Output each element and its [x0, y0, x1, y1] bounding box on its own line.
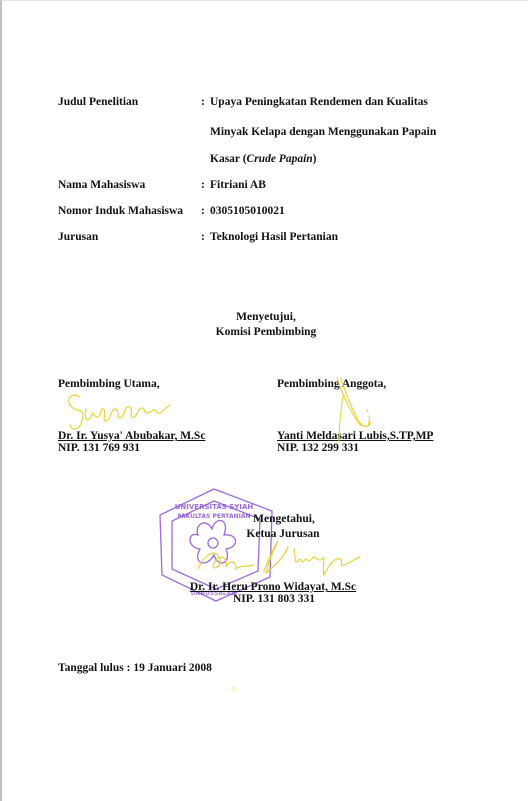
document-page: Judul Penelitian : Upaya Peningkatan Ren… [0, 0, 528, 801]
signature-member-supervisor [327, 376, 377, 444]
head-role-1: Mengetahui, [2, 513, 528, 528]
field-judul-penelitian: Judul Penelitian : Upaya Peningkatan Ren… [58, 96, 518, 112]
graduation-value: 19 Januari 2008 [133, 662, 212, 674]
graduation-separator: : [124, 662, 134, 674]
field-colon: : [201, 231, 205, 243]
signature-head-of-department [194, 539, 364, 577]
field-value: Fitriani AB [210, 179, 266, 191]
approval-line-2: Komisi Pembimbing [2, 325, 528, 340]
graduation-date: Tanggal lulus : 19 Januari 2008 [58, 662, 212, 674]
title-prefix: Kasar ( [210, 153, 247, 165]
field-value-line-3: Kasar (Crude Papain) [210, 153, 317, 165]
title-italic: Crude Papain [247, 153, 313, 165]
field-label: Judul Penelitian [58, 96, 138, 108]
approval-line-1: Menyetujui, [2, 310, 528, 325]
signer-nip: NIP. 131 803 331 [2, 593, 528, 605]
title-suffix: ) [313, 153, 317, 165]
field-value: Teknologi Hasil Pertanian [210, 231, 338, 243]
field-jurusan: Jurusan : Teknologi Hasil Pertanian [58, 231, 518, 247]
field-label: Nama Mahasiswa [58, 179, 145, 191]
field-colon: : [201, 179, 205, 191]
signer-nip: NIP. 131 769 931 [58, 442, 205, 454]
field-nomor-induk: Nomor Induk Mahasiswa : 0305105010021 [58, 205, 518, 221]
field-label: Nomor Induk Mahasiswa [58, 205, 183, 217]
head-name-block: Dr. Ir. Heru Prono Widayat, M.Sc NIP. 13… [2, 581, 528, 605]
field-label: Jurusan [58, 231, 98, 243]
field-nama-mahasiswa: Nama Mahasiswa : Fitriani AB [58, 179, 518, 195]
field-judul-penelitian-line-2: Minyak Kelapa dengan Menggunakan Papain [58, 126, 518, 142]
signer-head-of-department: Mengetahui, Ketua Jurusan [2, 513, 528, 540]
paper-speck [231, 686, 237, 692]
stamp-top-text: UNIVERSITAS SYIAH [175, 503, 254, 511]
graduation-label: Tanggal lulus [58, 662, 124, 674]
signer-name: Dr. Ir. Heru Prono Widayat, M.Sc [2, 581, 528, 593]
signature-main-supervisor [62, 391, 172, 437]
field-value: 0305105010021 [210, 205, 285, 217]
field-colon: : [201, 96, 205, 108]
field-colon: : [201, 205, 205, 217]
field-judul-penelitian-line-3: Kasar (Crude Papain) [58, 153, 518, 169]
field-value-line-2: Minyak Kelapa dengan Menggunakan Papain [210, 126, 436, 138]
field-value-line-1: Upaya Peningkatan Rendemen dan Kualitas [210, 96, 428, 108]
approval-heading: Menyetujui, Komisi Pembimbing [2, 310, 528, 340]
